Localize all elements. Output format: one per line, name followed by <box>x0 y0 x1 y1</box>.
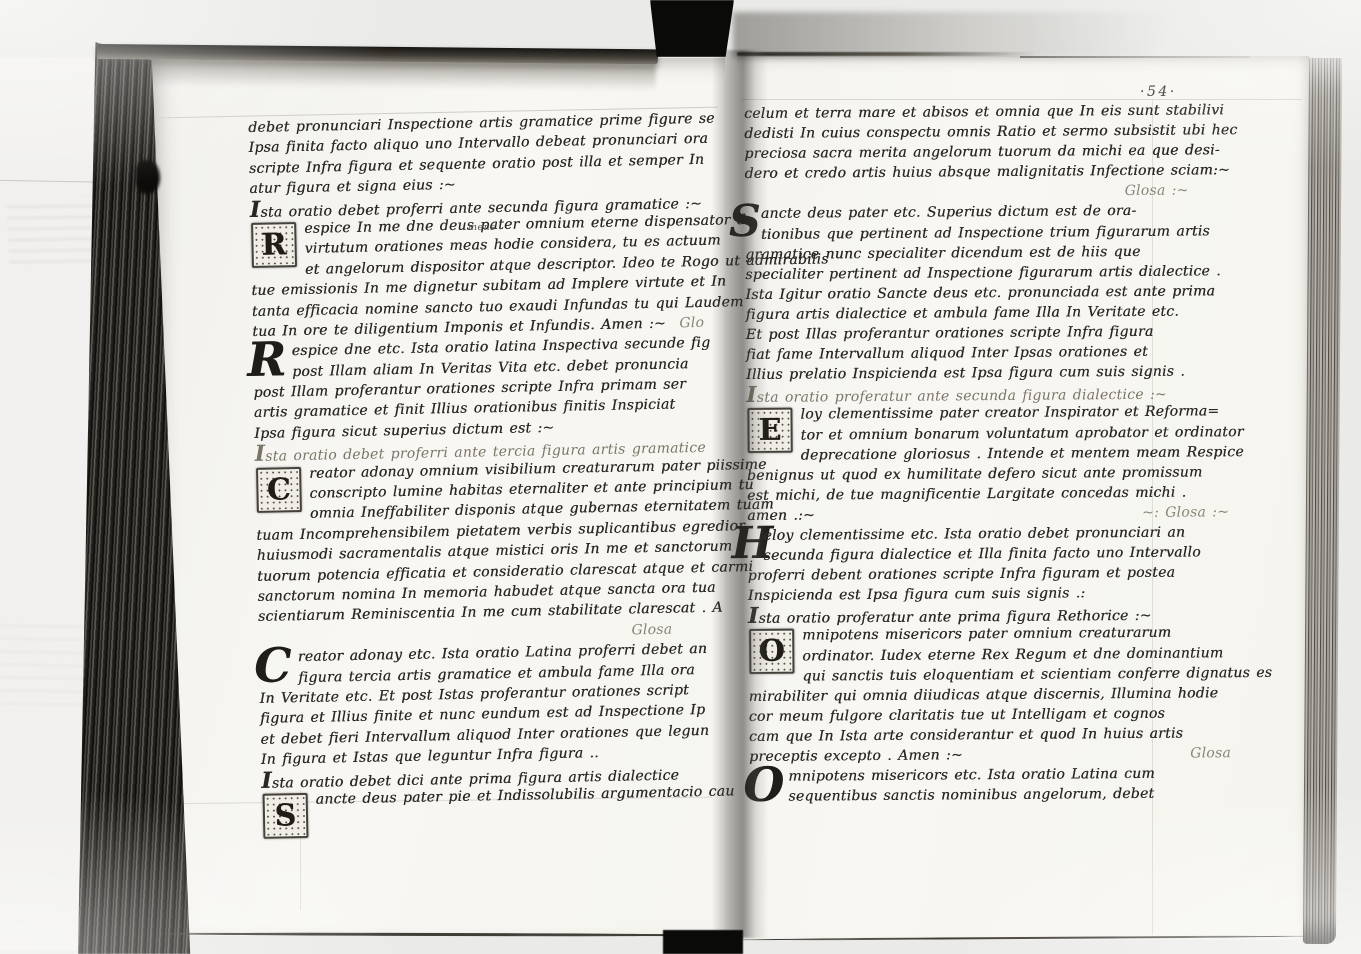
manuscript-paragraph: Eloy clementissime pater creator Inspira… <box>746 401 1255 526</box>
manuscript-paragraph: Sancte deus pater etc. Superius dictum e… <box>745 200 1254 284</box>
manuscript-paragraph: celum et terra mare et abisos et omnia q… <box>744 100 1253 184</box>
book-spine-bottom <box>663 930 743 954</box>
manuscript-line: mirabiliter qui omnia diiudicas atque di… <box>749 683 1257 707</box>
gloss-label: ~: Glosa :~ <box>1142 502 1255 523</box>
gloss-label: Glosa <box>1190 743 1257 764</box>
manuscript-paragraph: Omnipotens misericors etc. Ista oratio L… <box>749 763 1257 807</box>
decorated-initial: C <box>253 647 294 686</box>
photo-background: ·54· debet pronunciari Inspectione artis… <box>0 0 1361 954</box>
manuscript-paragraph: Omnipotens misericors pater omnium creat… <box>748 622 1257 767</box>
right-page-text: celum et terra mare et abisos et omnia q… <box>744 100 1258 807</box>
manuscript-paragraph: Respice dne etc. Ista oratio latina Insp… <box>253 333 733 445</box>
decorated-initial: R <box>247 342 288 381</box>
manuscript-line: sequentibus sanctis nominibus angelorum,… <box>749 783 1257 807</box>
ink-showthrough <box>0 621 88 716</box>
manuscript-paragraph: Creator adonay omnium visibilium creatur… <box>255 455 736 628</box>
book-spine-top <box>650 0 734 57</box>
interlinear-note: mens <box>468 222 496 233</box>
page-edge-shadow <box>100 60 656 91</box>
manuscript-line: cam que In Ista arte considerantur et qu… <box>749 723 1257 747</box>
manuscript-line: tionibus que pertinent ad Inspectione tr… <box>745 221 1253 245</box>
page-stack-right-edge <box>1303 58 1342 944</box>
manuscript-line: figura artis dialectice et ambula fame I… <box>746 301 1254 325</box>
manuscript-line: secunda figura dialectice et Illa finita… <box>747 542 1255 566</box>
manuscript-paragraph: Ista Igitur oratio Sancte deus etc. pron… <box>745 281 1254 385</box>
ink-smudge <box>136 160 160 194</box>
manuscript-paragraph: Creator adonay etc. Ista oratio Latina p… <box>259 638 739 770</box>
manuscript-line-text: preceptis excepto . Amen :~ <box>749 745 963 767</box>
page-top-edge <box>1020 56 1250 58</box>
manuscript-paragraph: debet pronunciari Inspectione artis gram… <box>248 108 728 199</box>
decorated-initial: C <box>256 467 302 513</box>
decorated-initial: S <box>263 793 309 839</box>
manuscript-paragraph: Heloy clementissime etc. Ista oratio deb… <box>747 522 1256 606</box>
decorated-initial: R <box>251 222 297 268</box>
page-top-edge <box>737 52 1037 56</box>
left-page-text: debet pronunciari Inspectione artis gram… <box>248 108 740 839</box>
gutter-shadow <box>712 50 768 938</box>
folio-number: ·54· <box>1140 84 1177 100</box>
